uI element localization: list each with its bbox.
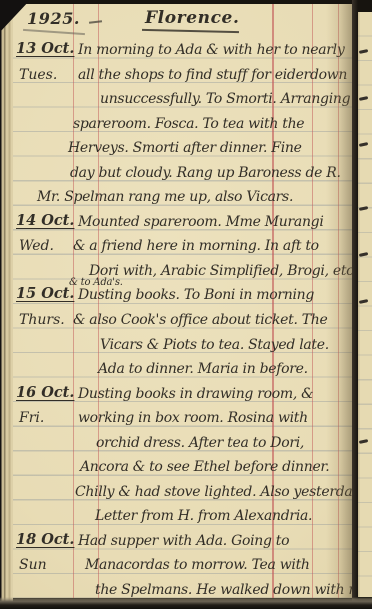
entry-line-text: Letter from H. from Alexandria. <box>95 509 312 523</box>
diary-line: Chilly & had stove lighted. Also yesterd… <box>13 482 352 507</box>
entry-line-text: the Spelmans. He walked down with me <box>95 583 352 597</box>
pencil-dash <box>89 20 102 23</box>
entry-line-text: Had supper with Ada. Going to <box>78 534 289 548</box>
entry-line-text: Ancora & to see Ethel before dinner. <box>80 460 329 474</box>
diary-line: 15 Oct.& to Ada's.Dusting books. To Boni… <box>13 285 352 310</box>
diary-line: orchid dress. After tea to Dori, <box>13 433 352 458</box>
entry-line-text: day but cloudy. Rang up Baroness de R. <box>70 166 341 180</box>
next-page-ink-fragment <box>359 439 368 443</box>
book-bottom-edge <box>0 597 372 609</box>
entry-line-text: Dusting books. To Boni in morning <box>78 288 314 302</box>
diary-line: SunManacordas to morrow. Tea with <box>13 555 352 580</box>
diary-line: Dori with, Arabic Simplified, Brogi, etc… <box>13 261 352 286</box>
entry-date: 18 Oct. <box>16 533 74 548</box>
entry-line-text: Ada to dinner. Maria in before. <box>98 362 308 376</box>
entry-date: 13 Oct. <box>16 42 74 57</box>
diary-line: 14 Oct.Mounted spareroom. Mme Murangi <box>13 212 352 237</box>
entry-line-text: Mounted spareroom. Mme Murangi <box>78 215 324 229</box>
entry-line-text: In morning to Ada & with her to nearly <box>78 43 344 57</box>
diary-line: Ada to dinner. Maria in before. <box>13 359 352 384</box>
diary-line: Herveys. Smorti after dinner. Fine <box>13 138 352 163</box>
diary-line: Tues.all the shops to find stuff for eid… <box>13 65 352 90</box>
next-page-ink-fragment <box>359 206 368 210</box>
diary-line: Fri.working in box room. Rosina with <box>13 408 352 433</box>
diary-line: the Spelmans. He walked down with me <box>13 580 352 598</box>
entry-line-text: & a friend here in morning. In aft to <box>73 239 319 253</box>
entry-line-text: orchid dress. After tea to Dori, <box>96 436 304 450</box>
diary-line: unsuccessfully. To Smorti. Arranging <box>13 89 352 114</box>
entry-line-text: Mr. Spelman rang me up, also Vicars. <box>37 190 293 204</box>
year-label: 1925. <box>27 11 80 27</box>
diary-line: Ancora & to see Ethel before dinner. <box>13 457 352 482</box>
entry-date: 14 Oct. <box>16 214 74 229</box>
entry-day: Sun <box>19 558 47 572</box>
entry-line-text: Chilly & had stove lighted. Also yesterd… <box>75 485 352 499</box>
entry-day: Tues. <box>19 68 57 82</box>
entry-date: 16 Oct. <box>16 386 74 401</box>
next-page-ink-fragment <box>359 299 368 303</box>
entry-line-text: working in box room. Rosina with <box>78 411 308 425</box>
diary-line: day but cloudy. Rang up Baroness de R. <box>13 163 352 188</box>
next-page-edge <box>358 12 372 597</box>
diary-line: Letter from H. from Alexandria. <box>13 506 352 531</box>
scanned-diary-photograph: 1925. Florence. 13 Oct.In morning to Ada… <box>0 0 372 609</box>
page-title: Florence. <box>145 10 239 27</box>
entry-line-text: Dusting books in drawing room, & <box>78 387 313 401</box>
diary-line: Thurs.& also Cook's office about ticket.… <box>13 310 352 335</box>
entry-line-text: unsuccessfully. To Smorti. Arranging <box>100 92 350 106</box>
entry-line-text: spareroom. Fosca. To tea with the <box>73 117 304 131</box>
diary-line: 18 Oct.Had supper with Ada. Going to <box>13 531 352 556</box>
diary-page: 1925. Florence. 13 Oct.In morning to Ada… <box>13 4 352 598</box>
entry-line-text: Dori with, Arabic Simplified, Brogi, etc… <box>89 264 352 278</box>
top-left-corner-shadow <box>0 0 30 32</box>
next-page-ink-fragment <box>359 252 368 256</box>
diary-line: spareroom. Fosca. To tea with the <box>13 114 352 139</box>
diary-entries: 13 Oct.In morning to Ada & with her to n… <box>13 40 352 598</box>
entry-day: Wed. <box>19 239 54 253</box>
next-page-ink-fragment <box>359 96 368 100</box>
entry-line-text: all the shops to find stuff for eiderdow… <box>78 68 347 82</box>
entry-line-text: & also Cook's office about ticket. The <box>73 313 328 327</box>
entry-day: Fri. <box>19 411 44 425</box>
diary-line: 13 Oct.In morning to Ada & with her to n… <box>13 40 352 65</box>
diary-line: Wed.& a friend here in morning. In aft t… <box>13 236 352 261</box>
title-underline <box>142 28 239 32</box>
entry-day: Thurs. <box>19 313 65 327</box>
book-left-page-stack-edge <box>0 0 13 609</box>
entry-line-text: Manacordas to morrow. Tea with <box>85 558 310 572</box>
entry-date: 15 Oct. <box>16 287 74 302</box>
entry-line-text: Herveys. Smorti after dinner. Fine <box>68 141 302 155</box>
next-page-ink-fragment <box>359 142 368 146</box>
entry-line-text: Vicars & Piots to tea. Stayed late. <box>100 338 329 352</box>
diary-line: 16 Oct.Dusting books in drawing room, & <box>13 384 352 409</box>
diary-line: Mr. Spelman rang me up, also Vicars. <box>13 187 352 212</box>
diary-line: Vicars & Piots to tea. Stayed late. <box>13 335 352 360</box>
next-page-ink-fragment <box>359 49 368 53</box>
